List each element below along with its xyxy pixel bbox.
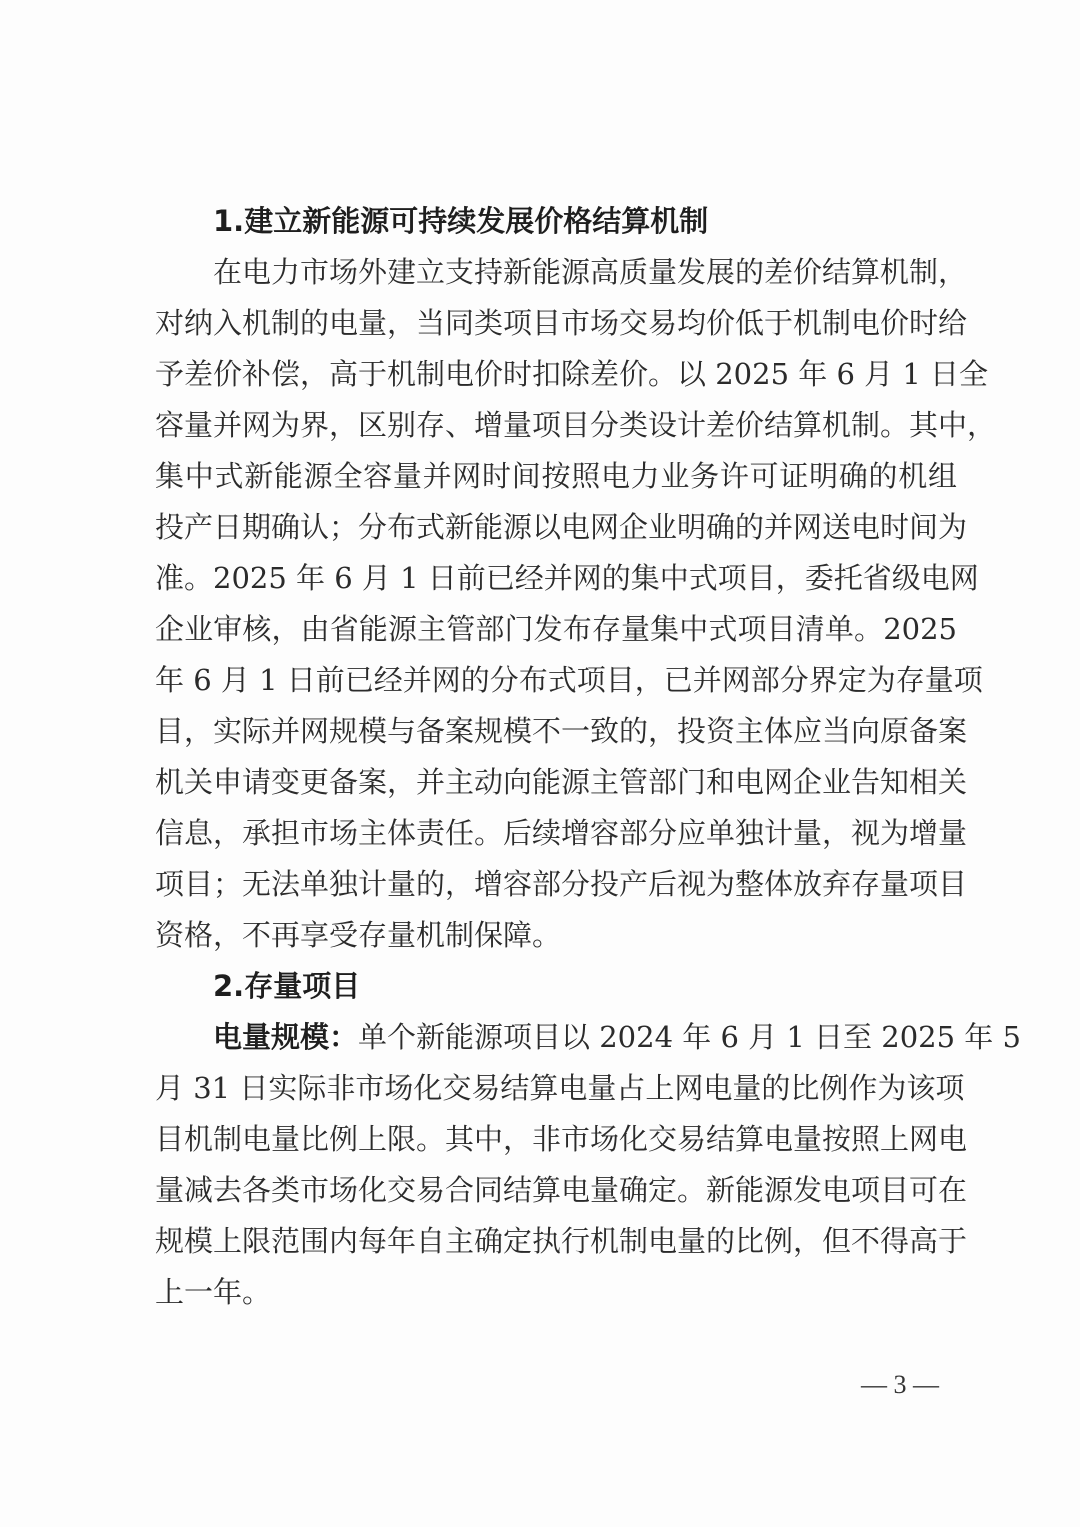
paragraph-line: 目机制电量比例上限。其中，非市场化交易结算电量按照上网电	[155, 1114, 957, 1165]
paragraph-line: 月 31 日实际非市场化交易结算电量占上网电量的比例作为该项	[155, 1063, 957, 1114]
paragraph-line: 项目；无法单独计量的，增容部分投产后视为整体放弃存量项目	[155, 859, 957, 910]
paragraph-line: 企业审核，由省能源主管部门发布存量集中式项目清单。2025	[155, 604, 957, 655]
document-page: 1.建立新能源可持续发展价格结算机制 在电力市场外建立支持新能源高质量发展的差价…	[0, 0, 1080, 1527]
paragraph-line: 投产日期确认；分布式新能源以电网企业明确的并网送电时间为	[155, 502, 957, 553]
paragraph-line: 量减去各类市场化交易合同结算电量确定。新能源发电项目可在	[155, 1165, 957, 1216]
paragraph-line: 规模上限范围内每年自主确定执行机制电量的比例，但不得高于	[155, 1216, 957, 1267]
paragraph-line: 准。2025 年 6 月 1 日前已经并网的集中式项目，委托省级电网	[155, 553, 957, 604]
paragraph-line: 目，实际并网规模与备案规模不一致的，投资主体应当向原备案	[155, 706, 957, 757]
paragraph-line: 容量并网为界，区别存、增量项目分类设计差价结算机制。其中，	[155, 400, 957, 451]
paragraph-line: 集中式新能源全容量并网时间按照电力业务许可证明确的机组	[155, 451, 957, 502]
section-1-heading: 1.建立新能源可持续发展价格结算机制	[213, 196, 957, 247]
paragraph-line-with-label: 电量规模：单个新能源项目以 2024 年 6 月 1 日至 2025 年 5	[213, 1012, 957, 1063]
page-number: — 3 —	[850, 1370, 950, 1400]
paragraph-line: 上一年。	[155, 1267, 957, 1318]
paragraph-line: 年 6 月 1 日前已经并网的分布式项目，已并网部分界定为存量项	[155, 655, 957, 706]
paragraph-line: 机关申请变更备案，并主动向能源主管部门和电网企业告知相关	[155, 757, 957, 808]
section-2-heading: 2.存量项目	[213, 961, 957, 1012]
paragraph-line: 信息，承担市场主体责任。后续增容部分应单独计量，视为增量	[155, 808, 957, 859]
paragraph-line: 对纳入机制的电量，当同类项目市场交易均价低于机制电价时给	[155, 298, 957, 349]
paragraph-line: 予差价补偿，高于机制电价时扣除差价。以 2025 年 6 月 1 日全	[155, 349, 957, 400]
paragraph-line: 在电力市场外建立支持新能源高质量发展的差价结算机制，	[213, 247, 957, 298]
inline-text: 单个新能源项目以 2024 年 6 月 1 日至 2025 年 5	[358, 1020, 1021, 1054]
inline-bold-label: 电量规模：	[213, 1020, 358, 1054]
paragraph-line: 资格，不再享受存量机制保障。	[155, 910, 957, 961]
